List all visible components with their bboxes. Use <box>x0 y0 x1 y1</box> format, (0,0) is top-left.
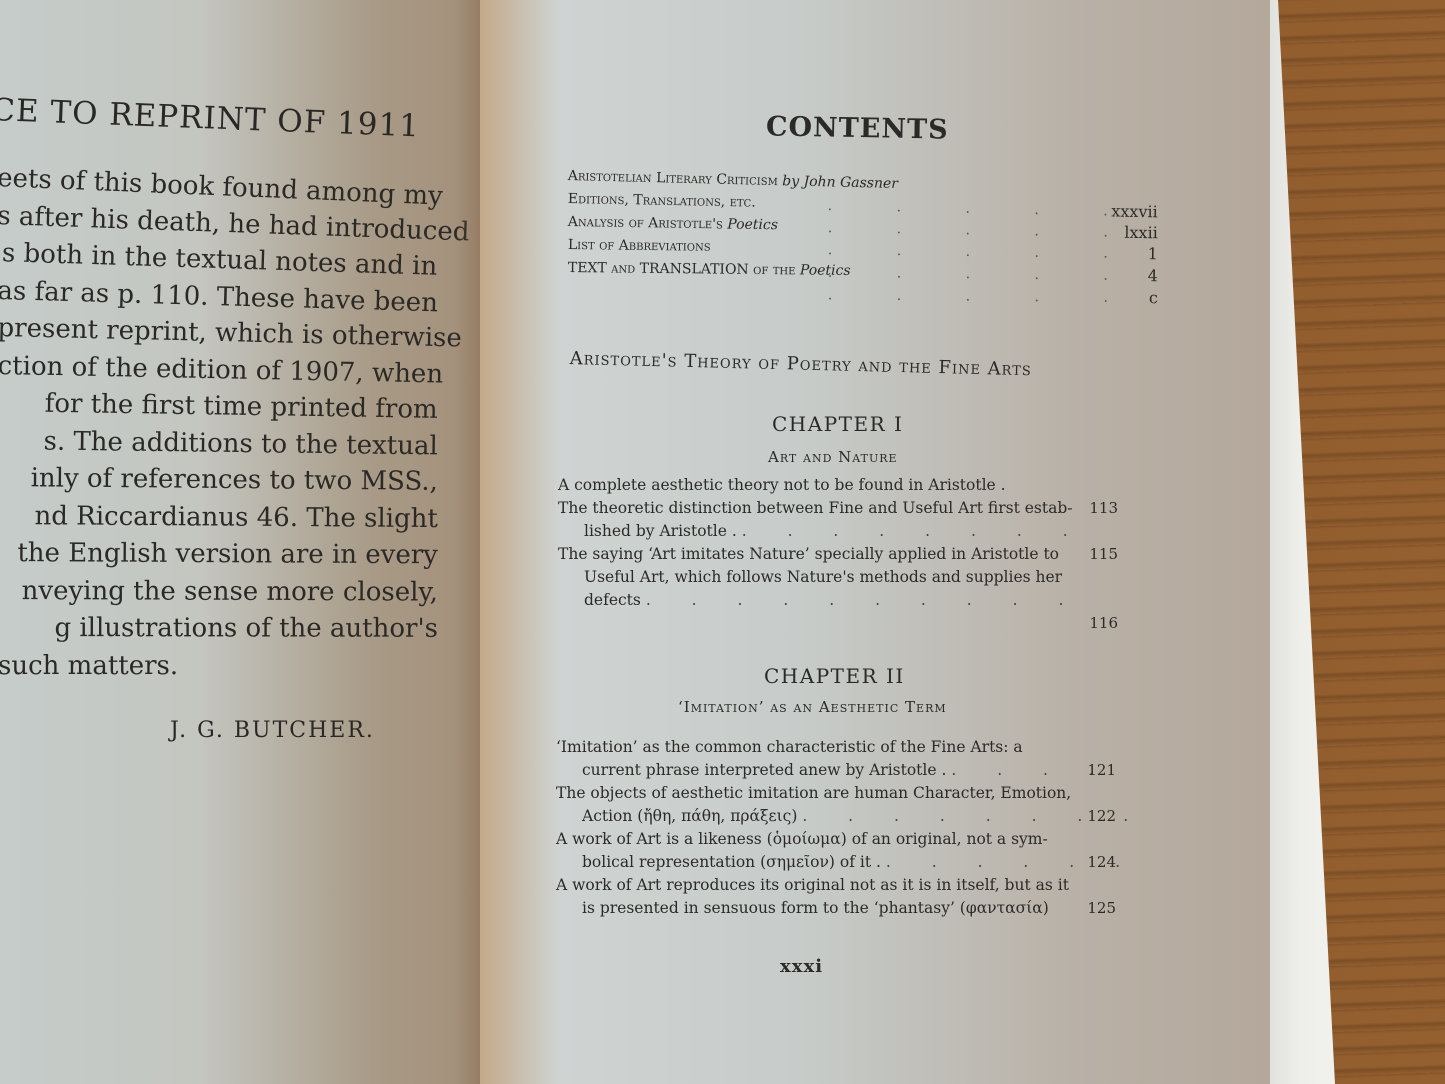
chapter-subtitle: Art and Nature <box>768 448 898 466</box>
page-number: 122 <box>1087 805 1116 828</box>
toc-entry: . . . . . c <box>568 283 1128 311</box>
dot-leader: . . . . . . <box>828 265 1108 284</box>
toc-entry: 116 <box>558 612 1118 635</box>
left-page-preface: CE TO REPRINT OF 1911 eets of this book … <box>0 0 500 1084</box>
page-number: 113 <box>1089 497 1118 520</box>
right-page-contents: CONTENTS Aristotelian Literary Criticism… <box>480 0 1270 1084</box>
page-number: lxxii <box>1124 223 1158 243</box>
toc-entry: A work of Art is a likeness (ὁμοίωμα) of… <box>556 828 1116 874</box>
page-number: 121 <box>1087 759 1116 782</box>
contents-title: CONTENTS <box>766 111 949 145</box>
preface-line: nd Riccardianus 46. The slight <box>0 498 438 539</box>
chapter-heading: CHAPTER I <box>772 412 903 436</box>
dot-leader: . . . . . <box>828 287 1108 305</box>
preface-line: g illustrations of the author's <box>0 610 438 648</box>
page-number: 124 <box>1087 851 1116 874</box>
preface-line: such matters. <box>0 648 438 686</box>
preface-line: nveying the sense more closely, <box>0 573 438 612</box>
preface-line: inly of references to two MSS., <box>0 460 438 501</box>
page-number: 115 <box>1089 543 1118 566</box>
page-number: xxxvii <box>1111 201 1158 221</box>
front-matter-list: Aristotelian Literary Criticism by John … <box>568 168 1128 306</box>
toc-entry: ‘Imitation’ as the common characteristic… <box>556 736 1116 782</box>
dot-leader: . . . . . . <box>828 220 1108 240</box>
page-number: 1 <box>1148 244 1158 263</box>
chapter-subtitle: ‘Imitation’ as an Aesthetic Term <box>678 698 947 716</box>
author-signature: J. G. BUTCHER. <box>170 718 375 743</box>
page-number: 116 <box>1089 612 1118 635</box>
preface-line: s. The additions to the textual <box>0 423 438 466</box>
toc-entry: A work of Art reproduces its original no… <box>556 874 1116 920</box>
toc-entry: The objects of aesthetic imitation are h… <box>556 782 1116 828</box>
preface-body: eets of this book found among my s after… <box>0 160 448 685</box>
page-number: c <box>1149 288 1158 307</box>
toc-entry: The theoretic distinction between Fine a… <box>558 497 1118 543</box>
dot-leader: . . . . . . <box>828 198 1108 219</box>
chapter-entries: ‘Imitation’ as the common characteristic… <box>556 736 1116 920</box>
page-number: 4 <box>1148 266 1158 285</box>
preface-title: CE TO REPRINT OF 1911 <box>0 92 421 144</box>
page-number: 125 <box>1087 897 1116 920</box>
toc-entry: The saying ‘Art imitates Nature’ special… <box>558 543 1118 612</box>
dot-leader: . . . . . . <box>828 242 1108 261</box>
preface-line: the English version are in every <box>0 535 438 575</box>
part-title: Aristotle's Theory of Poetry and the Fin… <box>569 348 1032 380</box>
chapter-entries: A complete aesthetic theory not to be fo… <box>558 474 1118 635</box>
preface-line: for the first time printed from <box>0 385 438 429</box>
chapter-heading: CHAPTER II <box>764 664 905 688</box>
page-folio-number: xxxi <box>780 956 823 977</box>
toc-entry: A complete aesthetic theory not to be fo… <box>558 474 1118 497</box>
